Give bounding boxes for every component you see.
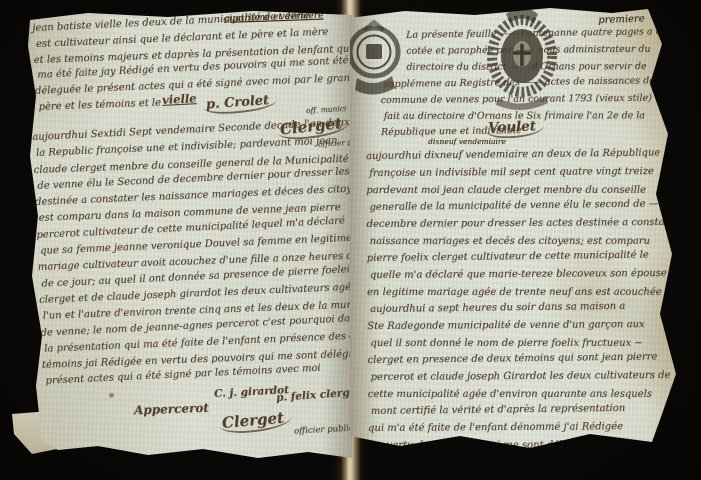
- handwritten-line: cotée et paraphée par —— nous administra…: [406, 42, 680, 61]
- right-page: premiere La présente feuille —— contenan…: [350, 2, 686, 460]
- signature-crolet: p. Crolet: [203, 92, 277, 115]
- signature-vielle: vielle: [162, 91, 197, 107]
- handwritten-line: commune de vennes pour l'an courant 1793…: [381, 90, 681, 109]
- handwritten-line: aujourdhui dixneuf vendemiaire an deux d…: [366, 144, 682, 165]
- handwritten-line: generalle de la municipalité de venne él…: [369, 195, 682, 216]
- handwritten-line: Ste Radegonde municipalité de venne d'un…: [367, 316, 683, 335]
- left-page: quatrième et dernière jean batiste viell…: [18, 6, 352, 464]
- handwritten-line: françoise un indivisible mil sept cent q…: [369, 163, 682, 182]
- signature-clerget-bottom: Clerget: [219, 408, 293, 435]
- handwritten-line: clerget en presence de deux témoins qui …: [367, 348, 683, 369]
- handwritten-line: aujourdhui a sept heures du soir dans sa…: [370, 297, 683, 318]
- handwritten-line: qui m'a été faite de l'enfant dénommé j'…: [368, 418, 684, 437]
- interline-correction-note: dixneuf vendemiaire: [428, 138, 506, 146]
- handwritten-line: pierre foelix clerget cultivateur de cet…: [367, 246, 683, 267]
- signature-percerot: Appercerot: [134, 401, 209, 418]
- officer-title-bottom: officier publié: [294, 424, 352, 435]
- left-page-act-paragraph: aujourdhui Sextidi Sept vendemaire Secon…: [32, 116, 352, 390]
- handwritten-line: mont certifié la vérité et d'après la re…: [371, 399, 684, 420]
- handwritten-line: quelle m'a déclaré que marie-tereze blec…: [370, 265, 683, 284]
- handwritten-line: percerot et claude joseph Girardot les d…: [371, 367, 684, 386]
- right-page-act-paragraph: aujourdhui dixneuf vendemiaire an deux d…: [366, 146, 684, 454]
- handwritten-line: en vertu des pouvoirs qui me sont délégu…: [371, 437, 684, 454]
- document-scan: quatrième et dernière jean batiste viell…: [0, 0, 701, 480]
- handwritten-line: decembre dernier pour dresser les actes …: [366, 214, 682, 233]
